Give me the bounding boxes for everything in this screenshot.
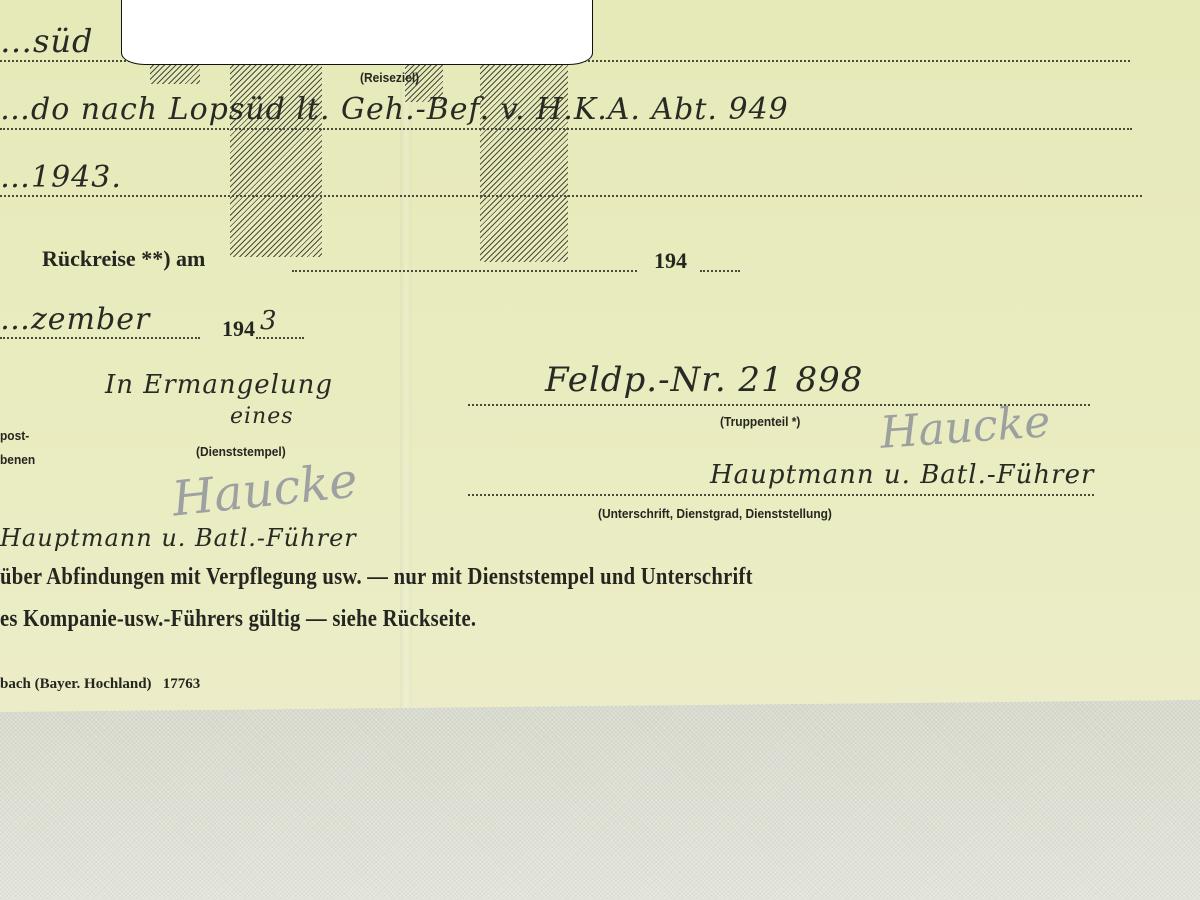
dotted-line [256, 337, 304, 339]
signature-field [468, 494, 1094, 496]
signature-label: (Unterschrift, Dienstgrad, Dienststellun… [598, 506, 832, 521]
left-fragment-post: post- [0, 428, 29, 443]
rueckreise-label: Rückreise **) am [42, 246, 205, 272]
cloth-background [0, 700, 1200, 900]
left-fragment-benen: benen [0, 452, 35, 467]
note-handwritten-line2: eines [230, 404, 294, 429]
date-year-printed: 194 [222, 316, 255, 342]
notice-line1: über Abfindungen mit Verpflegung usw. — … [0, 564, 753, 591]
month-handwritten: …zember [0, 302, 150, 337]
document-paper: …süd (Reiseziel) …do nach Lopsüd lt. Geh… [0, 0, 1200, 712]
hatched-bar [150, 62, 200, 84]
dotted-line [700, 270, 740, 272]
feldpost-number-handwritten: Feldp.-Nr. 21 898 [545, 360, 863, 400]
rank-handwritten-left: Hauptmann u. Batl.-Führer [0, 524, 357, 552]
date-year-handwritten: 3 [260, 306, 278, 336]
rueckreise-date-field [292, 270, 637, 272]
reiseziel-label: (Reiseziel) [360, 70, 419, 85]
dienststempel-label: (Dienststempel) [196, 444, 286, 459]
pencil-signature-right: Haucke [878, 396, 1051, 459]
truppenteil-label: (Truppenteil *) [720, 414, 800, 429]
rank-handwritten-right: Hauptmann u. Batl.-Führer [710, 460, 1094, 490]
printer-imprint: bach (Bayer. Hochland) 17763 [0, 676, 200, 693]
orders-handwritten: …do nach Lopsüd lt. Geh.-Bef. v. H.K.A. … [0, 92, 789, 127]
dotted-line [0, 337, 200, 339]
rueckreise-year-prefix: 194 [654, 248, 687, 274]
notice-line2: es Kompanie-usw.-Führers gültig — siehe … [0, 606, 476, 633]
dotted-line [0, 128, 1132, 130]
dotted-line [0, 195, 1142, 197]
redaction-box [121, 0, 593, 65]
note-handwritten-line1: In Ermangelung [105, 370, 333, 400]
pencil-signature-left: Haucke [170, 452, 361, 527]
year-handwritten: …1943. [0, 160, 122, 195]
destination-handwritten: …süd [0, 22, 94, 60]
